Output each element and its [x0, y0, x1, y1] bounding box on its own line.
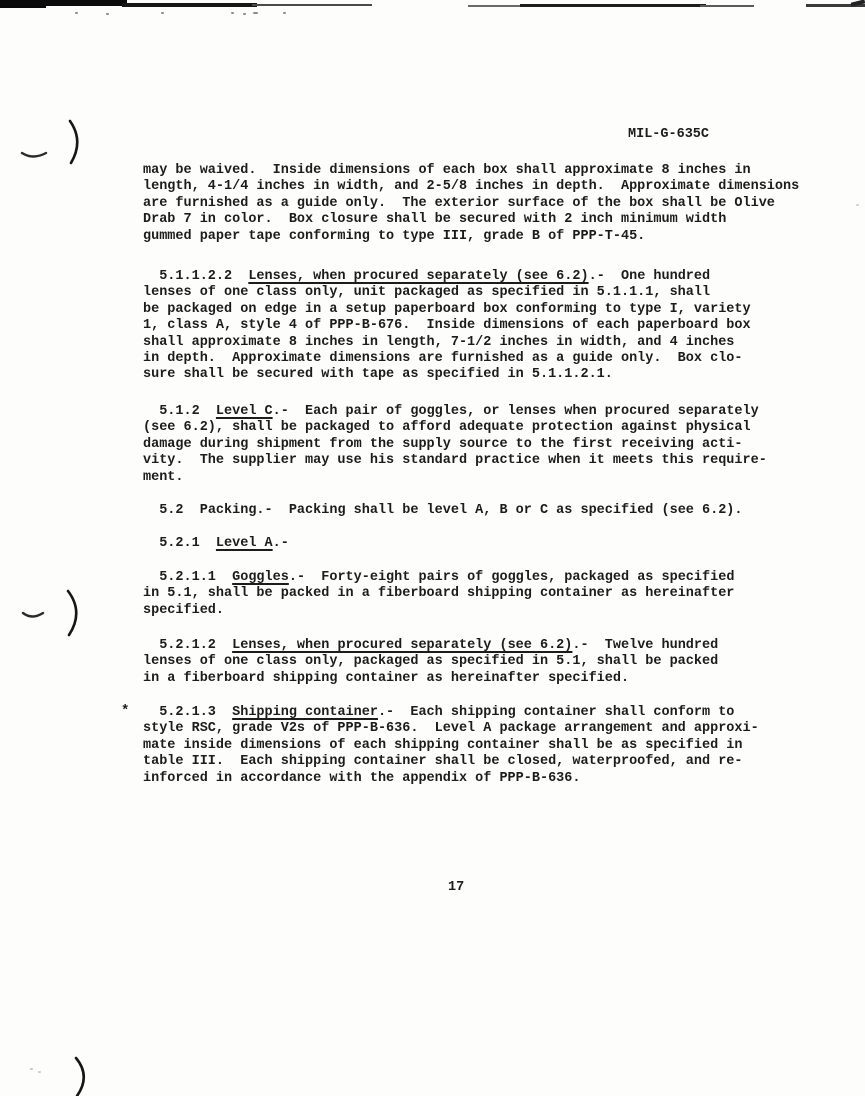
paragraph-5-1-1-2-2: 5.1.1.2.2 Lenses, when procured separate… — [143, 269, 843, 384]
paragraph-text: may be waived. Inside dimensions of each… — [143, 163, 799, 244]
section-number: 5.2.1 — [143, 536, 216, 551]
scanned-document-page: MIL-G-635C may be waived. Inside dimensi… — [0, 0, 865, 1096]
scan-smudge — [252, 4, 372, 6]
document-code: MIL-G-635C — [628, 127, 709, 142]
section-heading: Goggles — [232, 570, 289, 585]
paragraph-5-2: 5.2 Packing.- Packing shall be level A, … — [143, 503, 843, 519]
section-heading: Lenses, when procured separately (see 6.… — [248, 269, 588, 284]
scan-smudge — [700, 5, 754, 7]
paragraph-5-1-2: 5.1.2 Level C.- Each pair of goggles, or… — [143, 404, 843, 486]
scan-speck — [243, 13, 246, 15]
scan-speck — [106, 13, 109, 15]
section-number: 5.2 — [143, 503, 200, 518]
scan-smudge — [468, 5, 526, 7]
paragraph-5-2-1-3: 5.2.1.3 Shipping container.- Each shippi… — [143, 705, 843, 787]
section-heading: Level C — [216, 404, 273, 419]
scan-speck — [253, 12, 258, 14]
curve-dash-mark-icon — [20, 148, 48, 166]
change-marker-asterisk: * — [121, 703, 129, 719]
paragraph-text: .- — [273, 536, 289, 551]
scan-smudge — [520, 4, 706, 7]
scan-speck — [38, 1071, 41, 1073]
section-number: 5.1.1.2.2 — [143, 269, 248, 284]
section-number: 5.2.1.2 — [143, 638, 232, 653]
scan-speck — [283, 12, 286, 14]
page-number: 17 — [448, 880, 464, 895]
scan-speck — [231, 12, 234, 14]
section-number: 5.2.1.3 — [143, 705, 232, 720]
paragraph-text: .- One hundred lenses of one class only,… — [143, 269, 751, 382]
section-heading: Lenses, when procured separately (see 6.… — [232, 638, 572, 653]
section-heading: Level A — [216, 536, 273, 551]
section-number: 5.1.2 — [143, 404, 216, 419]
scan-smudge — [122, 3, 257, 7]
scan-speck — [75, 12, 78, 14]
curve-dash-mark-icon — [21, 608, 45, 626]
scan-smudge — [0, 0, 127, 6]
paragraph-5-2-1: 5.2.1 Level A.- — [143, 536, 843, 552]
section-heading: Shipping container — [232, 705, 378, 720]
paragraph-text: Packing.- Packing shall be level A, B or… — [200, 503, 743, 518]
paragraph-5-2-1-1: 5.2.1.1 Goggles.- Forty-eight pairs of g… — [143, 570, 843, 619]
paren-mark-icon — [64, 588, 86, 643]
scan-speck — [30, 1068, 33, 1070]
paren-mark-icon — [66, 118, 86, 171]
section-number: 5.2.1.1 — [143, 570, 232, 585]
paren-mark-icon — [72, 1056, 94, 1096]
paragraph-continuation: may be waived. Inside dimensions of each… — [143, 163, 843, 245]
scan-speck — [161, 12, 164, 14]
scan-speck — [856, 204, 859, 206]
paragraph-5-2-1-2: 5.2.1.2 Lenses, when procured separately… — [143, 638, 843, 687]
